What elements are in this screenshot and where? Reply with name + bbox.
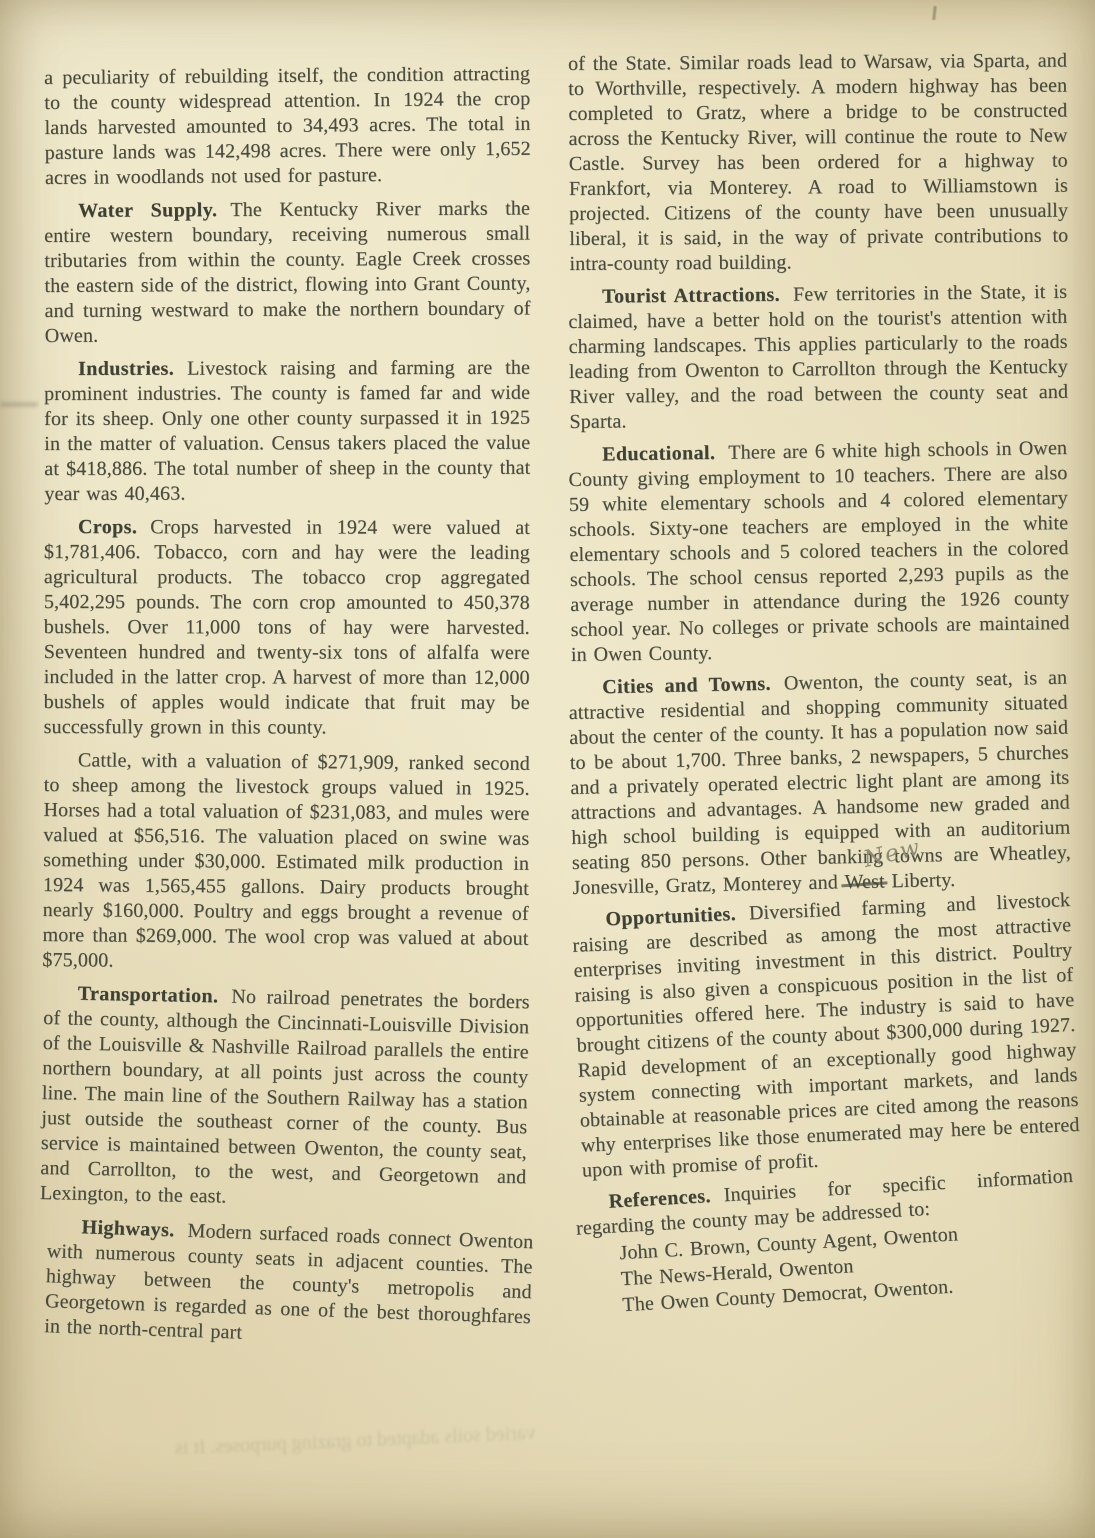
reference-address-list: John C. Brown, County Agent, OwentonThe … bbox=[577, 1215, 1080, 1321]
paragraph: of the State. Similar roads lead to Wars… bbox=[568, 49, 1069, 277]
margin-smudge-mark bbox=[0, 402, 38, 407]
section-paragraph: Transportation.No railroad penetrates th… bbox=[40, 981, 530, 1215]
corrected-word: NewWest bbox=[844, 870, 885, 893]
section-paragraph: Educational.There are 6 white high schoo… bbox=[568, 436, 1070, 668]
bleedthrough-text: varied soils adapted to grazing purposes… bbox=[66, 1422, 537, 1465]
section-heading: References. bbox=[608, 1185, 711, 1213]
section-paragraph: Tourist Attractions.Few territories in t… bbox=[568, 280, 1069, 435]
section-paragraph: Crops.Crops harvested in 1924 were value… bbox=[44, 515, 530, 741]
section-heading: Cities and Towns. bbox=[602, 673, 771, 699]
section-heading: Opportunities. bbox=[605, 903, 736, 930]
paragraph: a peculiarity of rebuilding itself, the … bbox=[44, 62, 531, 191]
section-heading: Tourist Attractions. bbox=[602, 284, 780, 308]
paragraph: Cattle, with a valuation of $271,909, ra… bbox=[42, 748, 530, 977]
section-paragraph: Industries.Livestock raising and farming… bbox=[44, 356, 530, 507]
section-heading: Educational. bbox=[602, 442, 715, 466]
section-paragraph: Opportunities.Diversified farming and li… bbox=[571, 888, 1081, 1184]
section-paragraph: Highways.Modern surfaced roads connect O… bbox=[44, 1214, 534, 1355]
scan-artifact-mark bbox=[932, 6, 936, 20]
section-paragraph: References.Inquiries for specific inform… bbox=[574, 1164, 1079, 1321]
section-heading: Water Supply. bbox=[78, 199, 217, 222]
section-heading: Industries. bbox=[78, 358, 174, 380]
left-column: a peculiarity of rebuilding itself, the … bbox=[44, 66, 530, 1347]
section-paragraph: Water Supply.The Kentucky River marks th… bbox=[44, 196, 531, 349]
section-heading: Highways. bbox=[81, 1216, 175, 1241]
scanned-book-page: varied soils adapted to grazing purposes… bbox=[0, 0, 1095, 1538]
right-column: of the State. Similar roads lead to Wars… bbox=[568, 52, 1067, 1329]
strikethrough-word: West bbox=[844, 870, 885, 893]
section-paragraph: Cities and Towns.Owenton, the county sea… bbox=[568, 666, 1072, 901]
section-heading: Transportation. bbox=[78, 983, 219, 1008]
section-heading: Crops. bbox=[78, 516, 137, 538]
